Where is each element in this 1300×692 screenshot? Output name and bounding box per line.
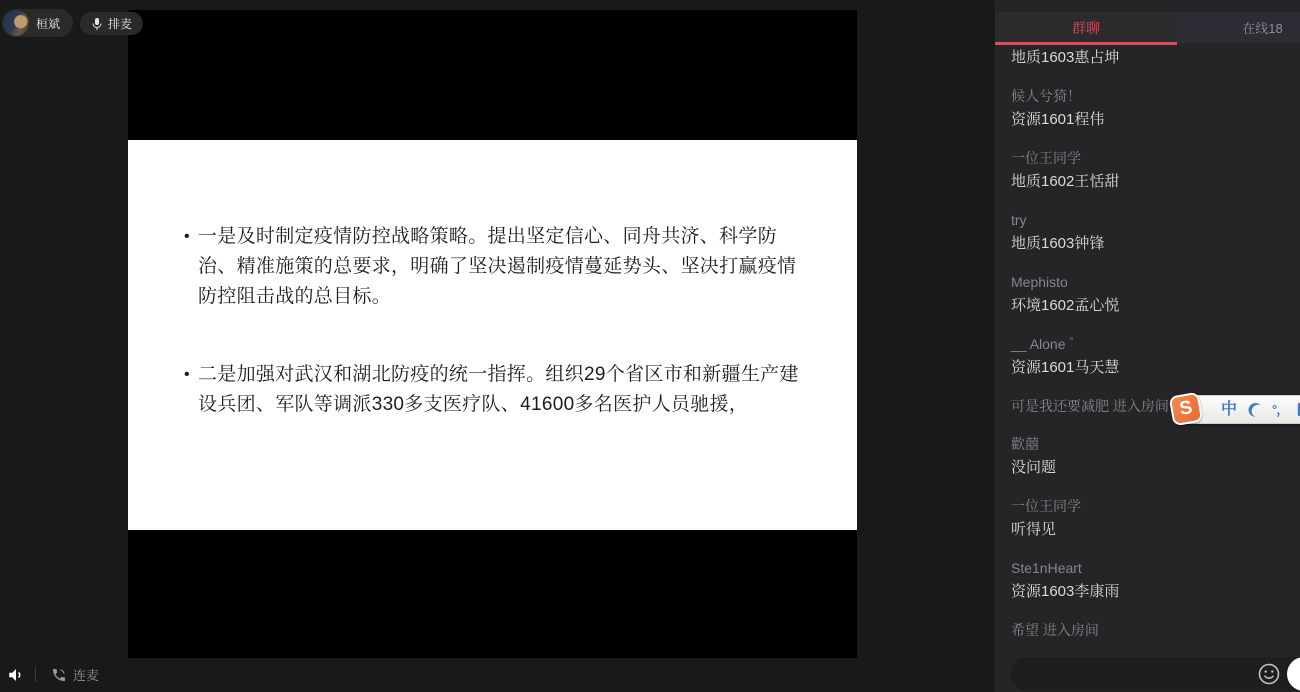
tab-online-list[interactable]: 在线18 — [1177, 12, 1300, 43]
chat-username: Mephisto — [1011, 270, 1284, 294]
chat-tabbar: 群聊 在线18 — [995, 12, 1300, 43]
chat-message: 地质1603钟锋 — [1011, 232, 1284, 256]
slide-bullet-2: 二是加强对武汉和湖北防疫的统一指挥。组织29个省区市和新疆生产建设兵团、军队等调… — [184, 360, 804, 420]
chat-username: __ Alone ゜ — [1011, 332, 1284, 356]
punctuation-indicator[interactable]: °， — [1272, 403, 1288, 416]
chat-panel: 群聊 在线18 地质1603惠占坤候人兮猗！资源1601程伟一位王同学地质160… — [995, 0, 1300, 692]
microphone-icon — [91, 17, 103, 31]
chat-message: 地质1603惠占坤 — [1011, 46, 1284, 70]
tab-group-chat[interactable]: 群聊 — [995, 12, 1177, 43]
chat-message: 资源1601马天慧 — [1011, 356, 1284, 380]
chat-username: 一位王同学 — [1011, 494, 1284, 518]
chat-message-group: Mephisto环境1602孟心悦 — [1011, 270, 1284, 318]
chat-message: 没问题 — [1011, 456, 1284, 480]
presenter-pill[interactable]: 桓斌 — [2, 9, 73, 37]
queue-mic-label: 排麦 — [108, 15, 132, 32]
toolbar-divider — [35, 667, 36, 682]
mic-link-button[interactable]: 连麦 — [51, 665, 99, 684]
chat-message-group: Ste1nHeart资源1603李康雨 — [1011, 556, 1284, 604]
chat-message: 地质1602王恬甜 — [1011, 170, 1284, 194]
slide-content: 一是及时制定疫情防控战略策略。提出坚定信心、同舟共济、科学防治、精准施策的总要求… — [184, 222, 804, 420]
chat-username: try — [1011, 208, 1284, 232]
chat-username: Ste1nHeart — [1011, 556, 1284, 580]
chat-username: 一位王同学 — [1011, 146, 1284, 170]
presenter-avatar — [3, 10, 29, 36]
mic-link-label: 连麦 — [73, 665, 99, 684]
chat-message-group: __ Alone ゜资源1601马天慧 — [1011, 332, 1284, 380]
bottom-toolbar: 连麦 — [0, 658, 995, 692]
chat-message: 环境1602孟心悦 — [1011, 294, 1284, 318]
sogou-logo-icon[interactable]: S — [1169, 392, 1204, 427]
chat-message-group: try地质1603钟锋 — [1011, 208, 1284, 256]
slide-bullet-1: 一是及时制定疫情防控战略策略。提出坚定信心、同舟共济、科学防治、精准施策的总要求… — [184, 222, 804, 312]
ime-chinese-mode[interactable]: 中 — [1221, 402, 1237, 418]
chat-message-group: 候人兮猗！资源1601程伟 — [1011, 84, 1284, 132]
moon-icon[interactable] — [1246, 401, 1263, 418]
chat-message-group: 歡囍没问题 — [1011, 432, 1284, 480]
chat-message: 资源1601程伟 — [1011, 108, 1284, 132]
join-notice: 希望 进入房间 — [1011, 618, 1284, 642]
ime-toolbar: S 中 °， — [1176, 395, 1300, 424]
chat-username: 候人兮猗！ — [1011, 84, 1284, 108]
presenter-name: 桓斌 — [36, 15, 60, 32]
phone-icon — [51, 667, 67, 683]
speaker-icon[interactable] — [7, 666, 25, 684]
chat-message: 听得见 — [1011, 518, 1284, 542]
chat-username: 歡囍 — [1011, 432, 1284, 456]
emoji-icon[interactable] — [1257, 662, 1281, 686]
chat-message-group: 一位王同学地质1602王恬甜 — [1011, 146, 1284, 194]
video-stage: 一是及时制定疫情防控战略策略。提出坚定信心、同舟共济、科学防治、精准施策的总要求… — [128, 10, 857, 658]
presentation-slide: 一是及时制定疫情防控战略策略。提出坚定信心、同舟共济、科学防治、精准施策的总要求… — [128, 140, 857, 530]
chat-message-list[interactable]: 地质1603惠占坤候人兮猗！资源1601程伟一位王同学地质1602王恬甜try地… — [995, 43, 1300, 652]
chat-message-group: 地质1603惠占坤 — [1011, 46, 1284, 70]
queue-mic-button[interactable]: 排麦 — [80, 12, 143, 35]
chat-message: 资源1603李康雨 — [1011, 580, 1284, 604]
join-notice-group: 希望 进入房间 — [1011, 618, 1284, 642]
chat-message-group: 一位王同学听得见 — [1011, 494, 1284, 542]
